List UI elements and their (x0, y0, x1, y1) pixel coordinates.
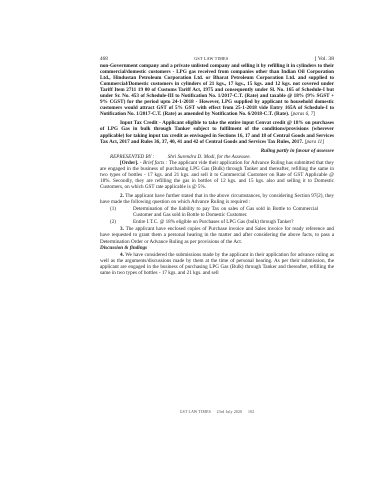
headnote-itc: Input Tax Credit - Applicant eligible to… (100, 120, 334, 144)
question-item: (1) Determination of the liability to pa… (100, 206, 334, 218)
volume-label: [ Vol. 38 (315, 56, 334, 63)
headnote-itc-paras: [para 11] (304, 139, 324, 145)
question-number: (1) (100, 206, 133, 218)
document-page: 468 GST LAW TIMES [ Vol. 38 non-Governme… (100, 55, 334, 276)
order-para-1: [Order]. - Brief facts : The applicant v… (100, 160, 334, 190)
discussion-heading: Discussion & findings (100, 245, 334, 252)
represented-by-value: Shri Surendra D. Modi, for the Assessee. (156, 154, 251, 160)
question-text: Determination of the liability to pay Ta… (133, 206, 334, 218)
para-4-text: We have considered the submissions made … (100, 252, 334, 276)
headnote-text: non-Government company and a private unl… (100, 63, 334, 117)
headnote-itc-text: Input Tax Credit - Applicant eligible to… (100, 120, 334, 144)
para-2-text: The applicant have further stated that i… (100, 193, 334, 205)
question-number: (2) (100, 219, 133, 225)
order-para-2: 2. The applicant have further stated tha… (100, 193, 334, 205)
headnote-classification: non-Government company and a private unl… (100, 63, 334, 117)
page-number: 468 (100, 56, 108, 63)
para-3-text: The applicant have enclosed copies of Pu… (100, 226, 334, 244)
order-para-3: 3. The applicant have enclosed copies of… (100, 226, 334, 244)
journal-title: GST LAW TIMES (194, 55, 228, 62)
page-footer: GST LAW TIMES 23rd July 2020 102 (100, 410, 334, 414)
question-text: Entire I.T.C. @ 18% eligible on Purchase… (133, 219, 334, 225)
represented-by-label: REPRESENTED BY : (110, 154, 154, 160)
question-item: (2) Entire I.T.C. @ 18% eligible on Purc… (100, 219, 334, 225)
running-header: 468 GST LAW TIMES [ Vol. 38 (100, 55, 334, 63)
headnote-paras: [paras 6, 7] (291, 111, 316, 117)
order-para-4: 4. We have considered the submissions ma… (100, 252, 334, 276)
